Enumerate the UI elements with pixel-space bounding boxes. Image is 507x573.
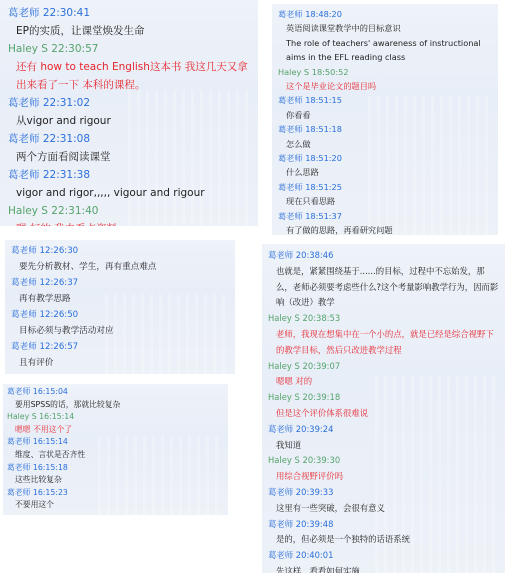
message-header: 葛老师 16:15:23 <box>7 487 224 500</box>
message-timestamp: 18:51:20 <box>305 153 342 163</box>
chat-log-panel-e: 葛老师 20:38:46也就是，紧紧围绕基于......的目标，过程中不忘始发，… <box>262 244 505 573</box>
message-text: 从vigor and rigour <box>8 112 252 130</box>
message-header: 葛老师 20:40:01 <box>268 548 499 564</box>
message-header: 葛老师 22:31:08 <box>8 130 252 148</box>
chat-message: Haley S 22:30:57还有 how to teach English这… <box>8 40 252 94</box>
message-header: 葛老师 20:38:46 <box>268 248 499 264</box>
sender-name: Haley S <box>278 67 309 77</box>
message-timestamp: 16:15:14 <box>39 412 74 421</box>
sender-name: 葛老师 <box>11 278 37 288</box>
chat-message: 葛老师 12:26:50目标必须与教学活动对应 <box>11 307 229 339</box>
chat-message: 葛老师 18:51:25现在只看思路 <box>278 180 492 209</box>
sender-name: 葛老师 <box>268 250 293 260</box>
message-timestamp: 20:39:24 <box>296 424 334 434</box>
message-text: 要用SPSS的话，那就比较复杂 <box>7 399 224 412</box>
sender-name: 葛老师 <box>268 519 293 529</box>
sender-name: Haley S <box>268 392 300 402</box>
message-timestamp: 18:51:18 <box>305 124 342 134</box>
message-text: 我知道 <box>268 438 499 454</box>
message-text: 有了做的思路，再看研究问题 <box>278 223 492 235</box>
message-timestamp: 16:15:23 <box>33 488 68 497</box>
chat-log-panel-d: 葛老师 16:15:04要用SPSS的话，那就比较复杂Haley S 16:15… <box>3 384 228 515</box>
sender-name: 葛老师 <box>278 211 303 221</box>
sender-name: 葛老师 <box>8 97 40 109</box>
message-header: 葛老师 12:26:50 <box>11 307 229 323</box>
message-timestamp: 22:31:08 <box>43 133 90 145</box>
chat-message: 葛老师 22:31:38vigor and rigor,,,,, vigour … <box>8 166 252 202</box>
message-text: 什么思路 <box>278 165 492 179</box>
sender-name: Haley S <box>7 412 37 421</box>
sender-name: Haley S <box>268 361 300 371</box>
sender-name: 葛老师 <box>11 342 37 352</box>
message-text: 先这样，看看如何实施 <box>268 564 499 573</box>
message-timestamp: 22:30:41 <box>43 7 90 19</box>
message-text: 不要用这个 <box>7 499 224 512</box>
message-header: 葛老师 20:39:48 <box>268 517 499 533</box>
sender-name: 葛老师 <box>268 550 293 560</box>
chat-message: 葛老师 18:51:15你看看 <box>278 93 492 122</box>
sender-name: 葛老师 <box>7 387 30 396</box>
message-text: 这里有一些突破，会很有意义 <box>268 501 499 517</box>
sender-name: 葛老师 <box>8 7 40 19</box>
message-timestamp: 12:26:30 <box>40 246 79 256</box>
message-header: 葛老师 18:51:37 <box>278 209 492 223</box>
message-timestamp: 22:31:40 <box>51 205 98 217</box>
chat-message: 葛老师 16:15:23不要用这个 <box>7 487 224 512</box>
message-timestamp: 20:39:30 <box>303 455 341 465</box>
chat-message: Haley S 16:15:14嗯嗯 不用这个了 <box>7 411 224 436</box>
message-timestamp: 16:15:04 <box>33 387 68 396</box>
chat-message: 葛老师 22:31:08两个方面看阅读课堂 <box>8 130 252 166</box>
chat-message: 葛老师 16:15:18这些比较复杂 <box>7 462 224 487</box>
sender-name: 葛老师 <box>7 437 30 446</box>
message-text: 怎么做 <box>278 137 492 151</box>
message-text: 嗯 好的 我去看点资料 <box>8 220 252 226</box>
message-timestamp: 12:26:50 <box>40 310 79 320</box>
chat-message: Haley S 20:38:53老师，我现在想集中在一个小的点，就是已经是综合视… <box>268 311 499 358</box>
message-timestamp: 22:31:02 <box>43 97 90 109</box>
sender-name: 葛老师 <box>268 424 293 434</box>
message-timestamp: 22:30:57 <box>51 43 98 55</box>
chat-message: Haley S 22:31:40嗯 好的 我去看点资料 <box>8 202 252 226</box>
message-header: Haley S 18:50:52 <box>278 65 492 79</box>
message-timestamp: 18:51:25 <box>305 182 342 192</box>
message-header: 葛老师 18:51:25 <box>278 180 492 194</box>
message-text: 这些比较复杂 <box>7 474 224 487</box>
chat-message: Haley S 20:39:07嗯嗯 对的 <box>268 359 499 391</box>
message-text: EP的实质，让课堂焕发生命 <box>8 22 252 40</box>
message-timestamp: 18:50:52 <box>312 67 349 77</box>
message-timestamp: 12:26:37 <box>40 278 79 288</box>
sender-name: Haley S <box>268 455 300 465</box>
chat-message: Haley S 20:39:30用综合视野评价吗 <box>268 453 499 485</box>
message-header: Haley S 16:15:14 <box>7 411 224 424</box>
chat-message: 葛老师 18:51:20什么思路 <box>278 151 492 180</box>
sender-name: Haley S <box>268 313 300 323</box>
message-text: 你看看 <box>278 108 492 122</box>
message-timestamp: 18:48:20 <box>305 9 342 19</box>
message-header: Haley S 20:39:07 <box>268 359 499 375</box>
message-timestamp: 16:15:14 <box>33 437 68 446</box>
sender-name: 葛老师 <box>7 488 30 497</box>
sender-name: 葛老师 <box>8 133 40 145</box>
chat-message: 葛老师 18:51:37有了做的思路，再看研究问题 <box>278 209 492 235</box>
sender-name: 葛老师 <box>278 153 303 163</box>
message-header: 葛老师 20:39:33 <box>268 485 499 501</box>
message-header: 葛老师 22:30:41 <box>8 4 252 22</box>
message-text: 是的，但必须是一个独特的话语系统 <box>268 532 499 548</box>
sender-name: 葛老师 <box>7 463 30 472</box>
chat-message: Haley S 18:50:52这个是毕业论文的题目吗 <box>278 65 492 94</box>
message-timestamp: 20:39:07 <box>303 361 341 371</box>
message-text: 英语阅读课堂教学中的目标意识 The role of teachers' awa… <box>278 21 492 64</box>
message-timestamp: 20:40:01 <box>296 550 334 560</box>
chat-message: 葛老师 22:30:41EP的实质，让课堂焕发生命 <box>8 4 252 40</box>
chat-message: 葛老师 20:39:24我知道 <box>268 422 499 454</box>
chat-message: 葛老师 20:40:01先这样，看看如何实施 <box>268 548 499 573</box>
message-header: Haley S 22:31:40 <box>8 202 252 220</box>
chat-message: 葛老师 18:48:20英语阅读课堂教学中的目标意识 The role of t… <box>278 7 492 65</box>
message-header: Haley S 20:38:53 <box>268 311 499 327</box>
message-text: 维度、言状是否齐性 <box>7 449 224 462</box>
chat-message: 葛老师 20:38:46也就是，紧紧围绕基于......的目标，过程中不忘始发，… <box>268 248 499 311</box>
chat-log-panel-a: 葛老师 22:30:41EP的实质，让课堂焕发生命Haley S 22:30:5… <box>0 0 258 226</box>
sender-name: Haley S <box>8 205 48 217</box>
message-timestamp: 22:31:38 <box>43 169 90 181</box>
message-header: 葛老师 18:48:20 <box>278 7 492 21</box>
chat-message: 葛老师 22:31:02从vigor and rigour <box>8 94 252 130</box>
sender-name: 葛老师 <box>11 310 37 320</box>
message-text: 两个方面看阅读课堂 <box>8 148 252 166</box>
message-header: 葛老师 16:15:14 <box>7 436 224 449</box>
message-text: vigor and rigor,,,,, vigour and rigour <box>8 184 252 202</box>
chat-message: 葛老师 18:51:18怎么做 <box>278 122 492 151</box>
sender-name: 葛老师 <box>11 246 37 256</box>
message-text: 现在只看思路 <box>278 194 492 208</box>
message-timestamp: 20:38:53 <box>303 313 341 323</box>
message-text: 再有教学思路 <box>11 291 229 307</box>
chat-message: 葛老师 20:39:33这里有一些突破，会很有意义 <box>268 485 499 517</box>
message-header: Haley S 20:39:18 <box>268 390 499 406</box>
chat-log-panel-c: 葛老师 12:26:30要先分析教材、学生，再有重点难点葛老师 12:26:37… <box>5 240 235 374</box>
message-timestamp: 18:51:37 <box>305 211 342 221</box>
sender-name: 葛老师 <box>278 9 303 19</box>
message-header: 葛老师 12:26:57 <box>11 339 229 355</box>
message-timestamp: 20:38:46 <box>296 250 334 260</box>
message-header: 葛老师 22:31:38 <box>8 166 252 184</box>
message-header: 葛老师 12:26:37 <box>11 275 229 291</box>
message-header: 葛老师 18:51:20 <box>278 151 492 165</box>
message-header: 葛老师 20:39:24 <box>268 422 499 438</box>
chat-message: 葛老师 12:26:57且有评价 <box>11 339 229 371</box>
message-timestamp: 20:39:18 <box>303 392 341 402</box>
message-text: 老师，我现在想集中在一个小的点，就是已经是综合视野下的教学目标，然后只改进教学过… <box>268 327 499 359</box>
chat-log-panel-b: 葛老师 18:48:20英语阅读课堂教学中的目标意识 The role of t… <box>272 4 498 235</box>
message-header: 葛老师 22:31:02 <box>8 94 252 112</box>
chat-message: 葛老师 16:15:04要用SPSS的话，那就比较复杂 <box>7 386 224 411</box>
message-timestamp: 16:15:18 <box>33 463 68 472</box>
message-header: 葛老师 12:26:30 <box>11 243 229 259</box>
chat-message: 葛老师 12:26:37再有教学思路 <box>11 275 229 307</box>
chat-message: Haley S 20:39:18但是这个评价体系很难说 <box>268 390 499 422</box>
message-text: 嗯嗯 不用这个了 <box>7 424 224 437</box>
message-text: 也就是，紧紧围绕基于......的目标，过程中不忘始发，那么，老师必须要考虑些什… <box>268 264 499 311</box>
chat-message: 葛老师 16:15:14维度、言状是否齐性 <box>7 436 224 461</box>
message-header: Haley S 22:30:57 <box>8 40 252 58</box>
chat-message: 葛老师 12:26:30要先分析教材、学生，再有重点难点 <box>11 243 229 275</box>
sender-name: 葛老师 <box>278 95 303 105</box>
sender-name: 葛老师 <box>268 487 293 497</box>
message-text: 这个是毕业论文的题目吗 <box>278 79 492 93</box>
message-text: 且有评价 <box>11 355 229 371</box>
sender-name: 葛老师 <box>8 169 40 181</box>
message-text: 用综合视野评价吗 <box>268 469 499 485</box>
message-text: 嗯嗯 对的 <box>268 374 499 390</box>
message-text: 要先分析教材、学生，再有重点难点 <box>11 259 229 275</box>
message-text: 还有 how to teach English这本书 我这几天又拿出来看了一下 … <box>8 58 252 94</box>
chat-message: 葛老师 20:39:48是的，但必须是一个独特的话语系统 <box>268 517 499 549</box>
message-timestamp: 20:39:33 <box>296 487 334 497</box>
message-header: 葛老师 18:51:18 <box>278 122 492 136</box>
message-header: 葛老师 16:15:18 <box>7 462 224 475</box>
message-header: 葛老师 18:51:15 <box>278 93 492 107</box>
message-text: 目标必须与教学活动对应 <box>11 323 229 339</box>
sender-name: 葛老师 <box>278 182 303 192</box>
message-timestamp: 18:51:15 <box>305 95 342 105</box>
message-header: 葛老师 16:15:04 <box>7 386 224 399</box>
sender-name: 葛老师 <box>278 124 303 134</box>
message-timestamp: 12:26:57 <box>40 342 79 352</box>
message-text: 但是这个评价体系很难说 <box>268 406 499 422</box>
message-header: Haley S 20:39:30 <box>268 453 499 469</box>
sender-name: Haley S <box>8 43 48 55</box>
message-timestamp: 20:39:48 <box>296 519 334 529</box>
